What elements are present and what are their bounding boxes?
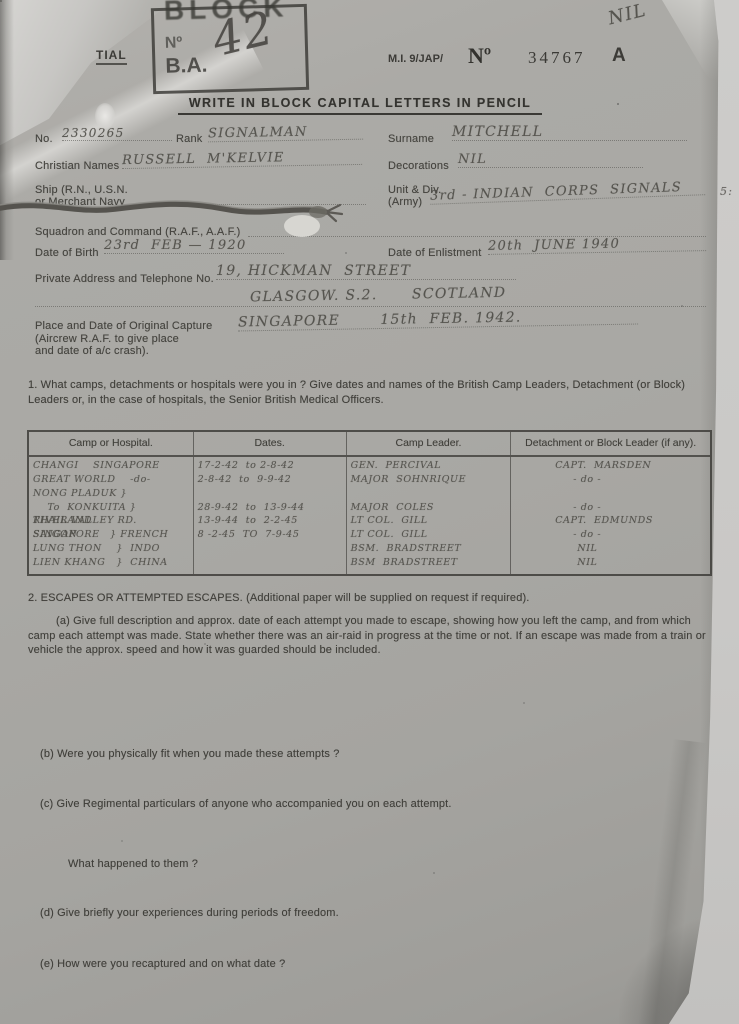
detachment-entry <box>515 487 706 501</box>
col-header-detachment-leader: Detachment or Block Leader (if any). <box>511 432 710 455</box>
camps-table-body: CHANGI SINGAPORE GREAT WORLD -do- NONG P… <box>29 457 710 573</box>
camp-entry: NONG PLADUK } <box>33 487 189 501</box>
camp-leader-entry: LT COL. GILL <box>351 528 507 542</box>
question-2c-followup: What happened to them ? <box>68 857 668 872</box>
enlistment-value: 20th JUNE 1940 <box>488 235 706 255</box>
camp-leader-entry: BSM BRADSTREET <box>351 556 507 570</box>
block-number-stamp: BLOCK Nº B.A. 42 <box>151 4 309 94</box>
rank-label: Rank <box>176 133 202 145</box>
enlistment-label: Date of Enlistment <box>388 247 481 259</box>
detachment-leader-column: CAPT. MARSDEN - do - - do - CAPT. EDMUND… <box>511 457 710 573</box>
detachment-entry: CAPT. MARSDEN <box>515 459 706 473</box>
classification-remnant: TIAL <box>96 48 127 65</box>
question-2c: (c) Give Regimental particulars of anyon… <box>40 797 690 812</box>
question-2e: (e) How were you recaptured and on what … <box>40 957 690 972</box>
col-header-camp-leader: Camp Leader. <box>347 432 512 455</box>
dates-entry <box>198 556 342 570</box>
dates-entry: 13-9-44 to 2-2-45 <box>198 514 342 528</box>
dates-entry: 2-8-42 to 9-9-42 <box>198 473 342 487</box>
paper-damage-spot <box>95 103 115 129</box>
decorations-label: Decorations <box>388 160 449 172</box>
surname-value: MITCHELL <box>452 124 687 141</box>
camp-leader-entry: LT COL. GILL <box>351 514 507 528</box>
scanned-form-page: BLOCK Nº B.A. 42 TIAL M.I. 9/JAP/ Nº 347… <box>0 0 739 1024</box>
camps-table: Camp or Hospital. Dates. Camp Leader. De… <box>27 430 712 576</box>
dates-entry: 8 -2-45 TO 7-9-45 <box>198 528 342 542</box>
series-letter: A <box>612 45 626 67</box>
unit-div-value: 3rd - INDIAN CORPS SIGNALS <box>430 179 705 205</box>
binding-string <box>0 178 365 253</box>
decorations-value: NIL <box>458 152 643 168</box>
stamp-no-label: Nº <box>165 34 183 52</box>
address-rule <box>35 292 706 307</box>
camp-leader-column: GEN. PERCIVAL MAJOR SOHNRIQUE MAJOR COLE… <box>347 457 512 573</box>
capture-label-line3: and date of a/c crash). <box>35 345 149 357</box>
camp-entry: SAIGON } FRENCH <box>33 528 189 542</box>
detachment-entry: NIL <box>515 556 706 570</box>
col-header-camp: Camp or Hospital. <box>29 432 194 455</box>
dates-entry <box>198 487 342 501</box>
col-header-dates: Dates. <box>194 432 347 455</box>
camp-entry: LUNG THON } INDO <box>33 542 189 556</box>
camp-entry: GREAT WORLD -do- <box>33 473 189 487</box>
capture-label-line2: (Aircrew R.A.F. to give place <box>35 333 179 345</box>
stamp-ba-label: B.A. <box>165 54 208 79</box>
edge-pencil-mark: 5: <box>720 185 733 198</box>
christian-names-label: Christian Names <box>35 160 119 172</box>
dates-column: 17-2-42 to 2-8-42 2-8-42 to 9-9-42 28-9-… <box>194 457 347 573</box>
form-title: WRITE IN BLOCK CAPITAL LETTERS IN PENCIL <box>178 96 542 115</box>
mi-reference: M.I. 9/JAP/ <box>388 53 443 65</box>
camp-leader-entry <box>351 487 507 501</box>
camp-entry: CHANGI SINGAPORE <box>33 459 189 473</box>
camp-entry: RIVER VALLEY RD. SINGAPORE <box>33 514 189 528</box>
detachment-entry: CAPT. EDMUNDS <box>515 514 706 528</box>
detachment-entry: - do - <box>515 473 706 487</box>
camp-leader-entry: GEN. PERCIVAL <box>351 459 507 473</box>
question-2a: (a) Give full description and approx. da… <box>28 614 716 658</box>
capture-value: SINGAPORE 15th FEB. 1942. <box>238 308 638 332</box>
camp-column: CHANGI SINGAPORE GREAT WORLD -do- NONG P… <box>29 457 194 573</box>
camp-leader-entry: MAJOR COLES <box>351 501 507 515</box>
serial-no-label: Nº <box>468 43 491 69</box>
camp-leader-entry: MAJOR SOHNRIQUE <box>351 473 507 487</box>
dates-entry <box>198 542 342 556</box>
detachment-entry: - do - <box>515 528 706 542</box>
section-2-heading: 2. ESCAPES OR ATTEMPTED ESCAPES. (Additi… <box>28 591 714 606</box>
handwritten-nil-note: NIL <box>606 0 649 29</box>
camp-entry: To KONKUITA } THAILAND <box>33 501 189 515</box>
capture-label-line1: Place and Date of Original Capture <box>35 320 212 332</box>
address-value-line1: 19, HICKMAN STREET <box>216 263 516 280</box>
serial-number: 34767 <box>528 48 586 68</box>
camp-entry: LIEN KHANG } CHINA <box>33 556 189 570</box>
surname-label: Surname <box>388 133 434 145</box>
no-value: 2330265 <box>62 126 172 141</box>
question-2b: (b) Were you physically fit when you mad… <box>40 747 690 762</box>
camps-table-header-row: Camp or Hospital. Dates. Camp Leader. De… <box>29 432 710 457</box>
dates-entry: 17-2-42 to 2-8-42 <box>198 459 342 473</box>
unit-div-label-line2: (Army) <box>388 196 422 208</box>
bottom-right-shadow <box>619 914 739 1024</box>
detachment-entry: - do - <box>515 501 706 515</box>
no-label: No. <box>35 133 53 145</box>
address-label: Private Address and Telephone No. <box>35 273 214 285</box>
dates-entry: 28-9-42 to 13-9-44 <box>198 501 342 515</box>
camp-leader-entry: BSM. BRADSTREET <box>351 542 507 556</box>
christian-names-value: RUSSELL M'KELVIE <box>122 149 362 169</box>
scan-speckles <box>0 0 2 2</box>
rank-value: SIGNALMAN <box>208 124 363 143</box>
question-1: 1. What camps, detachments or hospitals … <box>28 378 712 407</box>
detachment-entry: NIL <box>515 542 706 556</box>
question-2d: (d) Give briefly your experiences during… <box>40 906 690 921</box>
